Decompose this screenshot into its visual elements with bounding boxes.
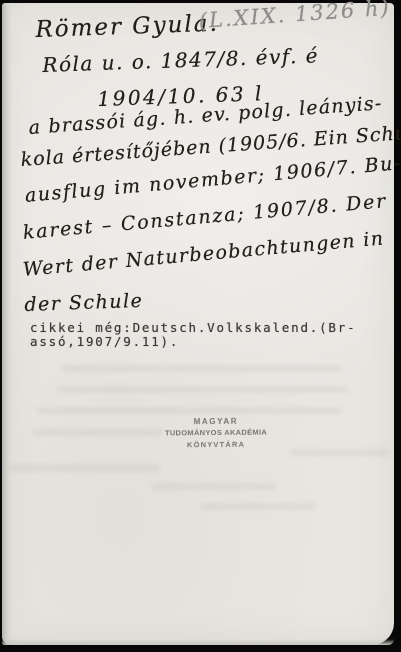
stamp-line-3: KÖNYVTÁRA	[132, 438, 300, 451]
handwritten-note-line-1: Róla u. o. 1847/8. évf. é	[42, 43, 319, 77]
handwritten-body-line: der Schule	[24, 290, 144, 316]
bleed-through-smudge	[57, 386, 347, 393]
typewritten-reference: cikkei még:Deutsch.Volkskalend.(Br- assó…	[30, 321, 356, 349]
bleed-through-smudge	[152, 483, 277, 490]
typewritten-line-1: cikkei még:Deutsch.Volkskalend.(Br-	[30, 321, 356, 335]
card-cut-edge	[2, 3, 12, 645]
bleed-through-smudge	[10, 464, 160, 472]
bleed-through-smudge	[290, 449, 390, 456]
bleed-through-smudge	[62, 365, 342, 372]
typewritten-line-2: assó,1907/9.11).	[30, 335, 356, 349]
catalog-card-paper: Römer Gyula. (L.XIX. 1326 h) Róla u. o. …	[2, 3, 394, 645]
bleed-through-smudge	[37, 407, 342, 414]
pencil-shelfmark-note: (L.XIX. 1326 h)	[198, 0, 391, 33]
catalog-card-scan: Römer Gyula. (L.XIX. 1326 h) Róla u. o. …	[0, 0, 401, 652]
bleed-through-smudge	[32, 429, 162, 436]
card-bottom-edge	[2, 639, 394, 645]
handwritten-name-heading: Römer Gyula.	[35, 11, 219, 43]
bleed-through-smudge	[200, 503, 315, 510]
